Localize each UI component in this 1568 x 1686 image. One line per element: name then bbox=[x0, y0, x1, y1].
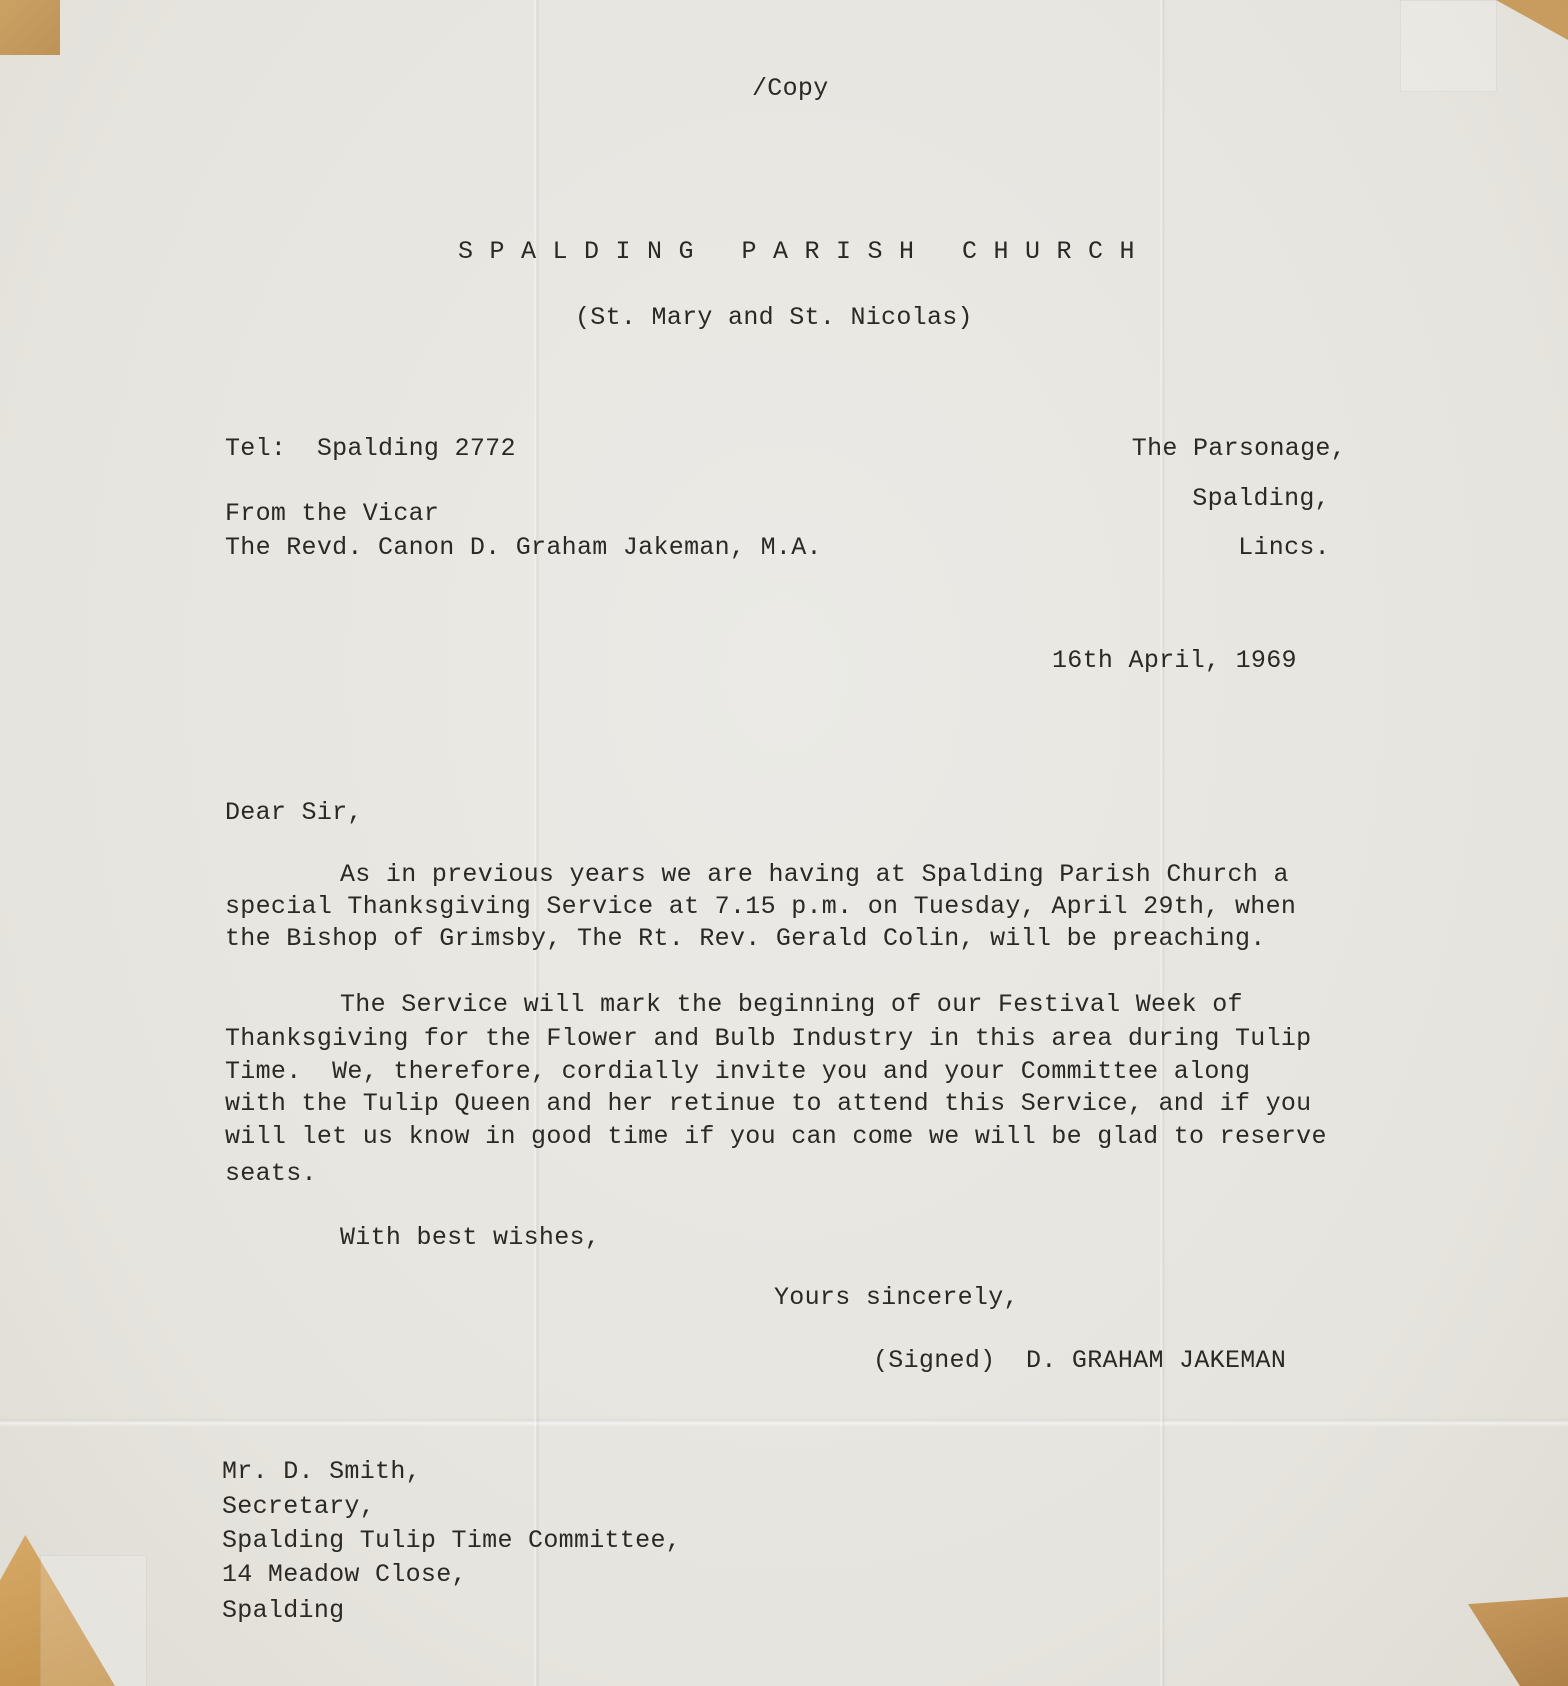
tape-top-left bbox=[0, 0, 60, 55]
address-line-1: The Parsonage, bbox=[1132, 436, 1346, 461]
clear-tape-top-right bbox=[1400, 0, 1497, 92]
recipient-line: Spalding Tulip Time Committee, bbox=[222, 1528, 681, 1553]
signature: (Signed) D. GRAHAM JAKEMAN bbox=[873, 1348, 1286, 1373]
salutation: Dear Sir, bbox=[225, 800, 363, 825]
sender-name: The Revd. Canon D. Graham Jakeman, M.A. bbox=[225, 535, 822, 560]
letterhead-title: SPALDING PARISH CHURCH bbox=[458, 239, 1151, 264]
recipient-line: 14 Meadow Close, bbox=[222, 1562, 467, 1587]
paragraph-line: Time. We, therefore, cordially invite yo… bbox=[225, 1059, 1250, 1084]
paragraph-line: will let us know in good time if you can… bbox=[225, 1124, 1327, 1149]
closing: Yours sincerely, bbox=[774, 1285, 1019, 1310]
letterhead-subtitle: (St. Mary and St. Nicolas) bbox=[575, 305, 973, 330]
paragraph-line: The Service will mark the beginning of o… bbox=[340, 992, 1243, 1017]
clear-tape-bottom-left bbox=[40, 1555, 147, 1686]
paragraph-line: the Bishop of Grimsby, The Rt. Rev. Gera… bbox=[225, 926, 1266, 951]
sender-from: From the Vicar bbox=[225, 501, 439, 526]
address-line-2: Spalding, bbox=[1192, 486, 1330, 511]
sender-tel: Tel: Spalding 2772 bbox=[225, 436, 516, 461]
recipient-line: Spalding bbox=[222, 1598, 344, 1623]
address-line-3: Lincs. bbox=[1238, 535, 1330, 560]
recipient-line: Mr. D. Smith, bbox=[222, 1459, 421, 1484]
paragraph-line: with the Tulip Queen and her retinue to … bbox=[225, 1091, 1311, 1116]
copy-mark: /Copy bbox=[752, 76, 829, 101]
paragraph-line: special Thanksgiving Service at 7.15 p.m… bbox=[225, 894, 1296, 919]
recipient-line: Secretary, bbox=[222, 1494, 375, 1519]
wishes: With best wishes, bbox=[340, 1225, 600, 1250]
paragraph-line: As in previous years we are having at Sp… bbox=[340, 862, 1289, 887]
paragraph-line: seats. bbox=[225, 1161, 317, 1186]
paragraph-line: Thanksgiving for the Flower and Bulb Ind… bbox=[225, 1026, 1311, 1051]
letter-date: 16th April, 1969 bbox=[1052, 648, 1297, 673]
